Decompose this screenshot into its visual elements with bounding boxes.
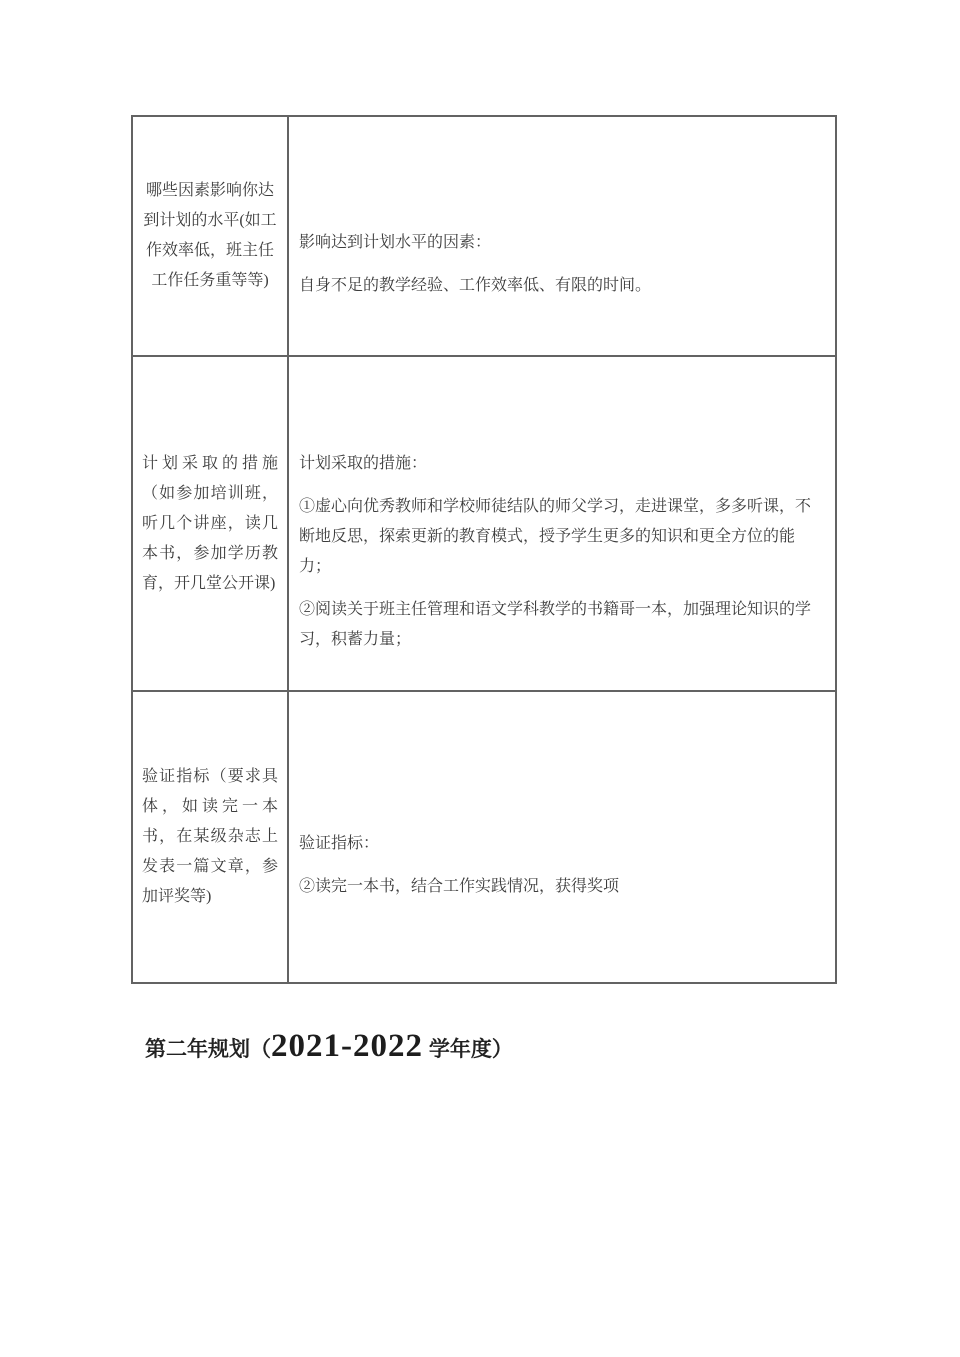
row-content-cell-measures: 计划采取的措施： ①虚心向优秀教师和学校师徒结队的师父学习，走进课堂，多多听课，… [288,356,836,691]
row-label-factors: 哪些因素影响你达到计划的水平(如工作效率低，班主任工作任务重等等) [142,176,278,296]
heading-year-range: 2021-2022 [271,1028,423,1064]
row-content-cell-factors: 影响达到计划水平的因素： 自身不足的教学经验、工作效率低、有限的时间。 [288,116,836,356]
row-label-cell-indicators: 验证指标（要求具体，如读完一本书，在某级杂志上发表一篇文章，参加评奖等) [132,691,288,983]
content-paragraph: ①虚心向优秀教师和学校师徒结队的师父学习，走进课堂，多多听课，不断地反思，探索更… [299,492,821,582]
heading-suffix: 学年度） [423,1038,513,1061]
row-label-measures: 计划采取的措施（如参加培训班，听几个讲座，读几本书，参加学历教育，开几堂公开课) [142,449,278,599]
heading-open-paren: （ [250,1038,271,1061]
content-paragraph: 自身不足的教学经验、工作效率低、有限的时间。 [299,271,821,301]
row-label-indicators: 验证指标（要求具体，如读完一本书，在某级杂志上发表一篇文章，参加评奖等) [142,762,278,912]
row-label-cell-measures: 计划采取的措施（如参加培训班，听几个讲座，读几本书，参加学历教育，开几堂公开课) [132,356,288,691]
row-label-cell-factors: 哪些因素影响你达到计划的水平(如工作效率低，班主任工作任务重等等) [132,116,288,356]
row-content-factors: 影响达到计划水平的因素： 自身不足的教学经验、工作效率低、有限的时间。 [299,228,821,301]
section-heading: 第二年规划（2021-2022 学年度） [145,1024,513,1074]
table-row: 验证指标（要求具体，如读完一本书，在某级杂志上发表一篇文章，参加评奖等) 验证指… [132,691,836,983]
row-content-measures: 计划采取的措施： ①虚心向优秀教师和学校师徒结队的师父学习，走进课堂，多多听课，… [299,449,821,655]
content-paragraph: 计划采取的措施： [299,449,821,479]
content-paragraph: ②读完一本书，结合工作实践情况，获得奖项 [299,872,821,902]
content-paragraph: 影响达到计划水平的因素： [299,228,821,258]
content-paragraph: ②阅读关于班主任管理和语文学科教学的书籍哥一本，加强理论知识的学习，积蓄力量； [299,595,821,655]
table-row: 哪些因素影响你达到计划的水平(如工作效率低，班主任工作任务重等等) 影响达到计划… [132,116,836,356]
planning-table: 哪些因素影响你达到计划的水平(如工作效率低，班主任工作任务重等等) 影响达到计划… [131,115,837,984]
table-row: 计划采取的措施（如参加培训班，听几个讲座，读几本书，参加学历教育，开几堂公开课)… [132,356,836,691]
content-paragraph: 验证指标： [299,829,821,859]
row-content-indicators: 验证指标： ②读完一本书，结合工作实践情况，获得奖项 [299,829,821,902]
heading-prefix: 第二年规划 [145,1038,250,1061]
row-content-cell-indicators: 验证指标： ②读完一本书，结合工作实践情况，获得奖项 [288,691,836,983]
document-page: 哪些因素影响你达到计划的水平(如工作效率低，班主任工作任务重等等) 影响达到计划… [0,0,960,1357]
